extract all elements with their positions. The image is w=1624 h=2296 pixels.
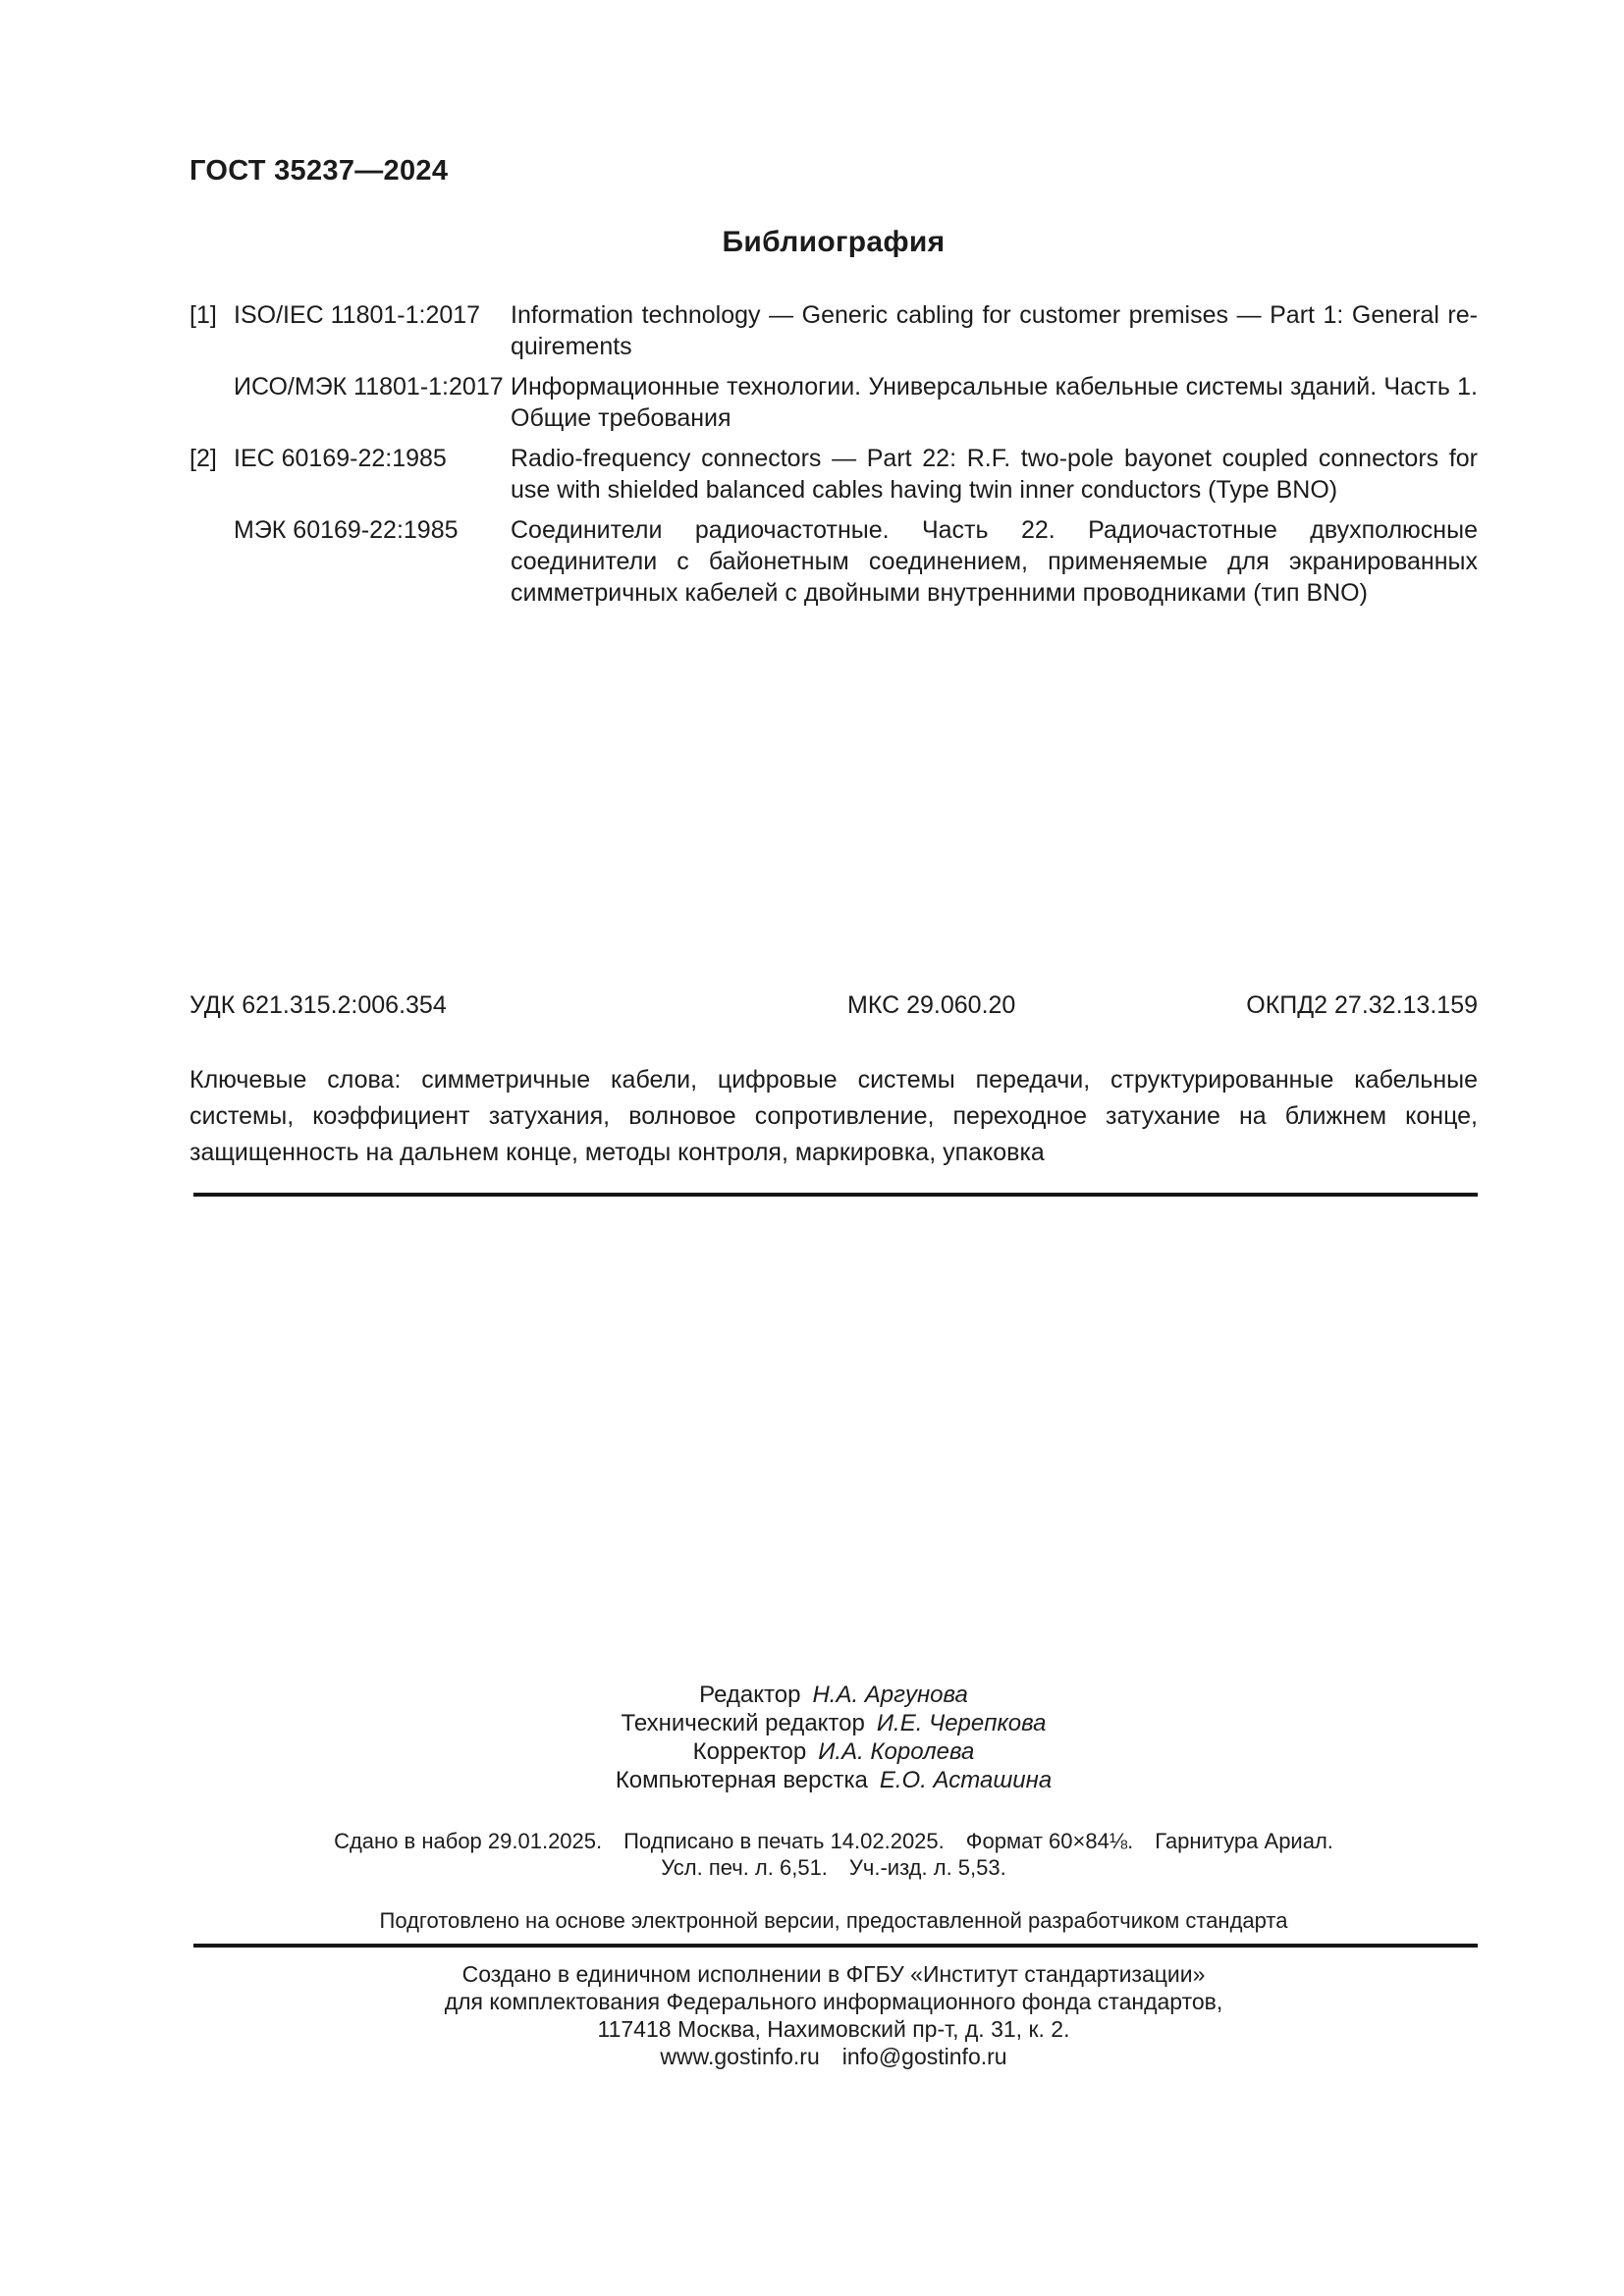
doc-code: ГОСТ 35237—2024 [189, 155, 448, 187]
bib-entry-text: Соединители радиочастотные. Часть 22. Ра… [511, 514, 1478, 609]
credit-line: Компьютерная версткаЕ.О. Асташина [189, 1766, 1478, 1794]
credit-name: Н.А. Аргунова [812, 1682, 967, 1708]
section-title: Библиография [189, 226, 1478, 259]
credits-block: РедакторН.А. Аргунова Технический редакт… [189, 1681, 1478, 1794]
bibliography-list: [1] ISO/IEC 11801-1:2017 Information tec… [189, 299, 1478, 609]
bib-entry-text: Radio-frequency connectors — Part 22: R.… [511, 443, 1478, 506]
credit-name: И.А. Королева [818, 1738, 974, 1765]
bib-entry-code: МЭК 60169-22:1985 [234, 514, 511, 609]
imprint-line-2: Усл. печ. л. 6,51. Уч.-изд. л. 5,53. [189, 1854, 1478, 1881]
credit-name: Е.О. Асташина [880, 1767, 1052, 1793]
credit-line: РедакторН.А. Аргунова [189, 1681, 1478, 1709]
bib-entry-number [189, 514, 234, 609]
bib-entry-number: [1] [189, 299, 234, 362]
bib-entry-code: ISO/IEC 11801-1:2017 [234, 299, 511, 362]
horizontal-rule-top [193, 1193, 1478, 1197]
credit-role: Технический редактор [622, 1710, 865, 1736]
bibliography-entry: МЭК 60169-22:1985 Соединители радиочасто… [189, 514, 1478, 609]
credit-name: И.Е. Черепкова [877, 1710, 1047, 1736]
bib-entry-number: [2] [189, 443, 234, 506]
bib-entry-text: Информационные технологии. Универсальные… [511, 371, 1478, 434]
bib-entry-code: IEC 60169-22:1985 [234, 443, 511, 506]
bibliography-entry: [2] IEC 60169-22:1985 Radio-frequency co… [189, 443, 1478, 506]
keywords-paragraph: Ключевые слова: симметричные кабели, циф… [189, 1062, 1478, 1171]
mks-code: МКС 29.060.20 [847, 989, 1015, 1021]
credit-role: Компьютерная верстка [616, 1767, 868, 1793]
credit-role: Редактор [699, 1682, 800, 1708]
prepared-note: Подготовлено на основе электронной верси… [189, 1907, 1478, 1934]
footer-line-2: для комплектования Федерального информац… [189, 1988, 1478, 2015]
bibliography-entry: [1] ISO/IEC 11801-1:2017 Information tec… [189, 299, 1478, 362]
footer-contacts: www.gostinfo.ru info@gostinfo.ru [189, 2043, 1478, 2070]
imprint-block: Сдано в набор 29.01.2025. Подписано в пе… [189, 1828, 1478, 1881]
horizontal-rule-bottom [193, 1944, 1478, 1948]
credit-role: Корректор [693, 1738, 807, 1765]
okpd2-code: ОКПД2 27.32.13.159 [1246, 989, 1478, 1021]
udk-code: УДК 621.315.2:006.354 [189, 989, 447, 1021]
bib-entry-text: Information technology — Generic cabling… [511, 299, 1478, 362]
classification-codes: УДК 621.315.2:006.354 МКС 29.060.20 ОКПД… [189, 989, 1478, 1023]
publisher-footer: Создано в единичном исполнении в ФГБУ «И… [189, 1960, 1478, 2070]
credit-line: КорректорИ.А. Королева [189, 1737, 1478, 1766]
footer-line-1: Создано в единичном исполнении в ФГБУ «И… [189, 1960, 1478, 1988]
document-page: ГОСТ 35237—2024 Библиография [1] ISO/IEC… [0, 0, 1624, 2296]
imprint-line-1: Сдано в набор 29.01.2025. Подписано в пе… [189, 1828, 1478, 1854]
credit-line: Технический редакторИ.Е. Черепкова [189, 1709, 1478, 1737]
bib-entry-number [189, 371, 234, 434]
bibliography-entry: ИСО/МЭК 11801-1:2017 Информационные техн… [189, 371, 1478, 434]
bib-entry-code: ИСО/МЭК 11801-1:2017 [234, 371, 511, 434]
footer-address: 117418 Москва, Нахимовский пр-т, д. 31, … [189, 2015, 1478, 2043]
